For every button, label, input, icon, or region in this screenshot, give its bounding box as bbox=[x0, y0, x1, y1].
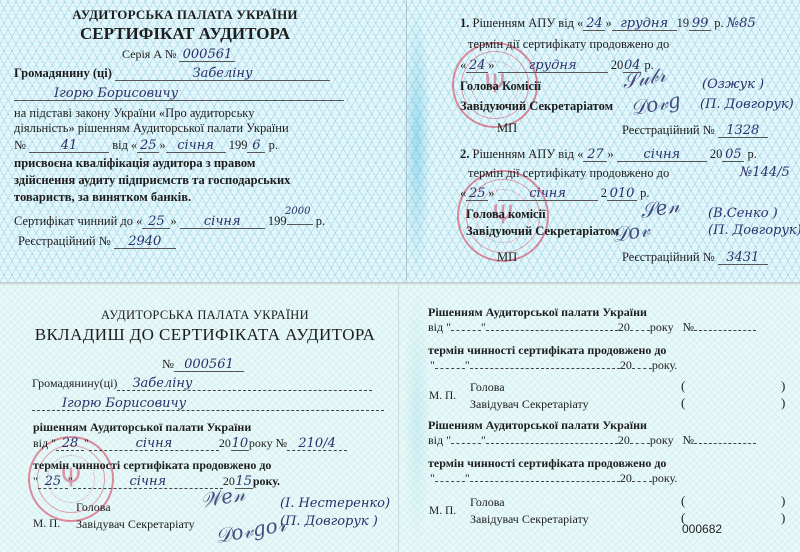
extension-index: 2. bbox=[460, 147, 469, 161]
secretary-name-blank-close: ) bbox=[781, 510, 785, 526]
extension-decision-number: №85 bbox=[727, 16, 756, 31]
extension-2-extended-label: термін дії сертифікату продовжено до bbox=[468, 166, 669, 181]
insert-entry-3-chair-label: Голова bbox=[470, 495, 505, 510]
entry-number-label: № bbox=[276, 436, 287, 450]
extension-decision-label: Рішенням АПУ від « bbox=[473, 147, 584, 161]
extension-until-month: грудня bbox=[498, 59, 608, 73]
chair-name-blank-open: ( bbox=[681, 378, 685, 394]
extension-decision-year-prefix: 20 bbox=[710, 147, 723, 161]
extension-2-chair-name: (В.Сенко ) bbox=[708, 206, 778, 221]
insert-given-names: Ігорю Борисовичу bbox=[32, 397, 384, 411]
decision-row: № 41 від «25»січня 1996 р. bbox=[14, 138, 278, 153]
extension-decision-month: січня bbox=[617, 148, 707, 162]
secretary-name-blank-open: ( bbox=[681, 395, 685, 411]
citizen-surname: Забеліну bbox=[115, 67, 330, 81]
extension-2-seal-label: МП bbox=[497, 250, 517, 265]
extension-index: 1. bbox=[460, 16, 469, 30]
entry-until-day: 25 bbox=[38, 475, 68, 489]
valid-until-label: Сертифікат чинний до « bbox=[14, 214, 142, 228]
extension-year-label: р. bbox=[714, 16, 723, 30]
chair-name-blank-open: ( bbox=[681, 493, 685, 509]
registration-row: Реєстраційний № 2940 bbox=[18, 234, 176, 249]
insert-number: 000561 bbox=[174, 358, 244, 372]
extension-1-chair-label: Голова Комісії bbox=[460, 79, 541, 94]
extension-registration-label: Реєстраційний № bbox=[622, 250, 715, 264]
extension-decision-year-suffix: 05 bbox=[722, 148, 744, 162]
entry-decision-month-blank bbox=[486, 330, 618, 331]
insert-surname: Забеліну bbox=[117, 377, 372, 391]
certificate-organization: АУДИТОРСЬКА ПАЛАТА УКРАЇНИ bbox=[60, 7, 310, 22]
decision-number: 41 bbox=[29, 139, 109, 153]
insert-entry-2-decision-row: від ""20року № bbox=[428, 320, 756, 335]
basis-line-2: діяльність» рішенням Аудиторської палати… bbox=[14, 121, 289, 136]
insert-organization: АУДИТОРСЬКА ПАЛАТА УКРАЇНИ bbox=[60, 308, 350, 323]
entry-until-year-prefix: 20 bbox=[620, 471, 632, 485]
insert-entry-1-chair-name: (І. Нестеренко) bbox=[280, 496, 390, 511]
extension-decision-day: 27 bbox=[583, 148, 607, 162]
fold-line bbox=[406, 0, 407, 283]
insert-entry-3-secretary-label: Завідувач Секретаріату bbox=[470, 512, 589, 527]
entry-decision-year-suffix: 10 bbox=[231, 437, 249, 451]
insert-entry-2-until-row: ""20року. bbox=[430, 358, 677, 373]
entry-from-label: від " bbox=[428, 433, 451, 447]
guilloche-fold-ornament bbox=[403, 0, 431, 283]
fold-ornament bbox=[403, 285, 431, 552]
insert-entry-1-decision-row: від "28"січня2010року №210/4 bbox=[33, 436, 347, 451]
extension-decision-year-prefix: 19 bbox=[677, 16, 690, 30]
insert-entry-3-seal-label: М. П. bbox=[429, 504, 456, 519]
extension-until-day: 24 bbox=[466, 59, 488, 73]
entry-decision-month: січня bbox=[89, 437, 219, 451]
extension-decision-month: грудня bbox=[612, 17, 677, 31]
extension-1-decision-row: 1. Рішенням АПУ від «24»грудня1999 р. №8… bbox=[460, 16, 756, 31]
entry-from-label: від " bbox=[33, 436, 56, 450]
extension-decision-year-suffix: 99 bbox=[689, 17, 711, 31]
registration-label: Реєстраційний № bbox=[18, 234, 111, 248]
extension-2-decision-number: №144/5 bbox=[740, 165, 790, 180]
insert-names-row: Ігорю Борисовичу bbox=[32, 396, 384, 411]
insert-title: ВКЛАДИШ ДО СЕРТИФІКАТА АУДИТОРА bbox=[30, 325, 380, 345]
series-label: Серія А № bbox=[122, 47, 176, 61]
entry-decision-year-suffix-blank bbox=[630, 443, 650, 444]
extension-until-year-suffix: 010 bbox=[607, 187, 637, 201]
entry-until-year-suffix-blank bbox=[632, 481, 652, 482]
insert-number-label: № bbox=[162, 357, 174, 371]
citizen-row: Громадянину (ці) Забеліну bbox=[14, 66, 330, 81]
entry-year-word: року bbox=[650, 320, 674, 334]
fold-line bbox=[398, 285, 399, 552]
entry-until-month-blank bbox=[470, 481, 620, 482]
decision-no-label: № bbox=[14, 138, 26, 152]
insert-citizen-label: Громадянину(ці) bbox=[32, 376, 117, 390]
certificate-series: Серія А № 000561 bbox=[122, 47, 235, 62]
citizen-names-row: Ігорю Борисовичу bbox=[14, 86, 344, 101]
extension-1-seal-label: МП bbox=[497, 121, 517, 136]
insert-entry-3-until-row: ""20року. bbox=[430, 471, 677, 486]
entry-decision-year-prefix: 20 bbox=[618, 320, 630, 334]
extension-1-chair-name: (Озжук ) bbox=[702, 77, 764, 92]
entry-number-label: № bbox=[683, 433, 694, 447]
insert-entry-2-secretary-label: Завідувач Секретаріату bbox=[470, 397, 589, 412]
entry-until-day-blank bbox=[435, 481, 465, 482]
certificate-title: СЕРТИФІКАТ АУДИТОРА bbox=[60, 24, 310, 44]
extension-1-secretary-name: (П. Довгорук) bbox=[700, 97, 794, 112]
extension-2-chair-label: Голова комісії bbox=[466, 207, 546, 222]
insert-entry-3-extended-label: термін чинності сертифіката продовжено д… bbox=[428, 456, 666, 471]
insert-entry-3-decision-label: Рішенням Аудиторської палати України bbox=[428, 418, 647, 433]
insert-entry-1-secretary-label: Завідувач Секретаріату bbox=[76, 517, 195, 532]
decision-from-label: від « bbox=[112, 138, 137, 152]
insert-entry-2-extended-label: термін чинності сертифіката продовжено д… bbox=[428, 343, 666, 358]
secretary-name-blank-close: ) bbox=[781, 395, 785, 411]
decision-day: 25 bbox=[137, 139, 159, 153]
valid-year-suffix-blank bbox=[287, 224, 313, 225]
extension-2-until-row: «25» січня 2010 р. bbox=[460, 186, 650, 201]
entry-year-word: року bbox=[650, 433, 674, 447]
extension-2-registration-row: Реєстраційний № 3431 bbox=[622, 250, 768, 265]
entry-decision-month-blank bbox=[486, 443, 618, 444]
extension-registration-number: 3431 bbox=[718, 251, 768, 265]
citizen-given-names: Ігорю Борисовичу bbox=[14, 87, 344, 101]
insert-entry-2-seal-label: М. П. bbox=[429, 389, 456, 404]
chair-name-blank-close: ) bbox=[781, 378, 785, 394]
entry-decision-number: 210/4 bbox=[287, 437, 347, 451]
insert-entry-1-seal-label: М. П. bbox=[33, 517, 60, 532]
extension-registration-label: Реєстраційний № bbox=[622, 123, 715, 137]
entry-decision-number-blank bbox=[694, 330, 756, 331]
insert-entry-1-secretary-name: (П. Довгорук ) bbox=[280, 514, 378, 529]
secretary-signature: 𝒟𝑜𝓋 bbox=[610, 217, 651, 247]
qualification-line-3: товариств, за винятком банків. bbox=[14, 190, 191, 205]
qualification-line-1: присвоєна кваліфікація аудитора з правом bbox=[14, 156, 255, 171]
extension-decision-label: Рішенням АПУ від « bbox=[473, 16, 584, 30]
valid-year-prefix: 199 bbox=[268, 214, 287, 228]
entry-until-day-blank bbox=[435, 368, 465, 369]
valid-month: січня bbox=[180, 215, 265, 229]
entry-until-year-suffix-blank bbox=[632, 368, 652, 369]
entry-decision-year-prefix: 20 bbox=[219, 436, 231, 450]
registration-number: 2940 bbox=[114, 235, 176, 249]
extension-registration-number: 1328 bbox=[718, 124, 768, 138]
valid-day: 25 bbox=[142, 215, 170, 229]
extension-until-month: січня bbox=[498, 187, 598, 201]
decision-month: січня bbox=[166, 139, 226, 153]
insert-citizen-row: Громадянину(ці)Забеліну bbox=[32, 376, 372, 391]
certificate-page: АУДИТОРСЬКА ПАЛАТА УКРАЇНИ СЕРТИФІКАТ АУ… bbox=[0, 0, 800, 283]
entry-from-label: від " bbox=[428, 320, 451, 334]
entry-year-word: року bbox=[249, 436, 273, 450]
insert-entry-1-chair-label: Голова bbox=[76, 500, 111, 515]
basis-line-1: на підставі закону України «Про аудиторс… bbox=[14, 106, 254, 121]
insert-entry-2-decision-label: Рішенням Аудиторської палати України bbox=[428, 305, 647, 320]
entry-until-month: січня bbox=[73, 475, 223, 489]
entry-decision-number-blank bbox=[694, 443, 756, 444]
year-label: р. bbox=[269, 138, 278, 152]
entry-decision-day-blank bbox=[451, 443, 481, 444]
insert-entry-3-decision-row: від ""20року № bbox=[428, 433, 756, 448]
extension-1-registration-row: Реєстраційний № 1328 bbox=[622, 123, 768, 138]
entry-decision-day-blank bbox=[451, 330, 481, 331]
qualification-line-2: здійснення аудиту підприємств та господа… bbox=[14, 173, 290, 188]
insert-entry-1-decision-label: рішенням Аудиторської палати України bbox=[33, 420, 251, 435]
extension-until-day: 25 bbox=[466, 187, 488, 201]
extension-year-label: р. bbox=[748, 147, 757, 161]
extension-1-extended-label: термін дії сертифікату продовжено до bbox=[468, 37, 669, 52]
entry-decision-year-suffix-blank bbox=[630, 330, 650, 331]
entry-until-year-word: року. bbox=[652, 358, 677, 372]
valid-year-label: р. bbox=[316, 214, 325, 228]
insert-serial-number: 000682 bbox=[682, 522, 722, 536]
insert-entry-2-chair-label: Голова bbox=[470, 380, 505, 395]
entry-decision-year-prefix: 20 bbox=[618, 433, 630, 447]
valid-until-row: Сертифікат чинний до «25» січня 199 р. bbox=[14, 214, 325, 229]
entry-decision-day: 28 bbox=[56, 437, 84, 451]
extension-2-secretary-label: Завідуючий Секретаріатом bbox=[466, 224, 619, 239]
extension-1-secretary-label: Завідуючий Секретаріатом bbox=[460, 99, 613, 114]
entry-until-month-blank bbox=[470, 368, 620, 369]
entry-number-label: № bbox=[683, 320, 694, 334]
decision-year-suffix: 6 bbox=[247, 139, 265, 153]
insert-entry-1-extended-label: термін чинності сертифіката продовжено д… bbox=[33, 458, 271, 473]
entry-until-year-word: року. bbox=[652, 471, 677, 485]
chair-name-blank-close: ) bbox=[781, 493, 785, 509]
entry-until-year-prefix: 20 bbox=[620, 358, 632, 372]
extension-2-decision-row: 2. Рішенням АПУ від «27» січня 2005 р. bbox=[460, 147, 757, 162]
extension-2-secretary-name: (П. Довгорук) bbox=[708, 223, 800, 238]
entry-until-year-word: року. bbox=[253, 474, 280, 488]
insert-number-row: №000561 bbox=[162, 357, 244, 372]
secretary-signature: 𝒟𝑜𝓋𝑔 bbox=[628, 88, 682, 120]
extension-decision-day: 24 bbox=[583, 17, 605, 31]
citizen-label: Громадянину (ці) bbox=[14, 66, 112, 80]
decision-year-prefix: 199 bbox=[229, 138, 248, 152]
series-number: 000561 bbox=[179, 48, 235, 62]
